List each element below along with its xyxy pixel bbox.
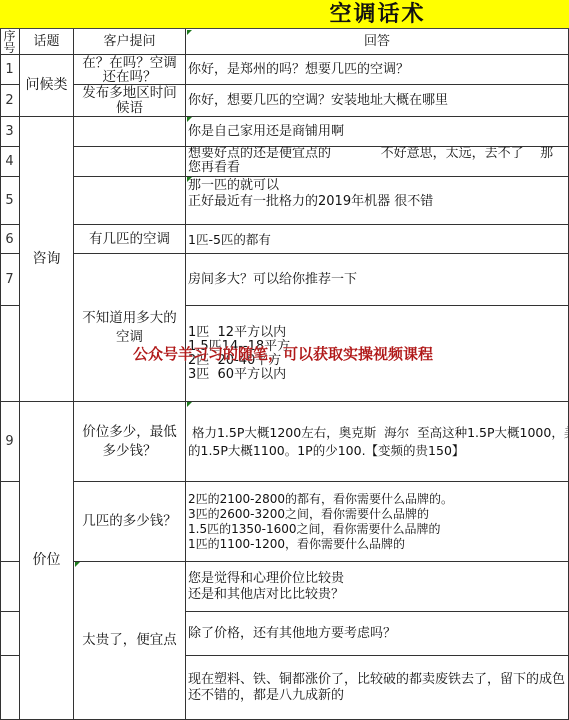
row-index[interactable]: 4 <box>0 147 20 177</box>
topic-consult[interactable]: 咨询 <box>20 117 74 402</box>
question-cell[interactable] <box>74 177 186 225</box>
question-cell[interactable]: 太贵了，便宜点 <box>74 562 186 720</box>
question-cell[interactable]: 价位多少，最低 多少钱？ <box>74 402 186 482</box>
row-index[interactable]: 6 <box>0 225 20 254</box>
question-cell[interactable]: 几匹的多少钱？ <box>74 482 186 562</box>
question-cell[interactable] <box>74 147 186 177</box>
topic-price[interactable]: 价位 <box>20 402 74 720</box>
answer-cell[interactable]: 你好，是郑州的吗？想要几匹的空调？ <box>186 55 569 85</box>
row-index[interactable] <box>0 612 20 656</box>
comment-marker-icon <box>187 117 192 122</box>
comment-marker-icon <box>75 562 80 567</box>
answer-cell[interactable]: 1匹-5匹的都有 <box>186 225 569 254</box>
row-index[interactable]: 7 <box>0 254 20 306</box>
answer-cell[interactable]: 房间多大？可以给你推荐一下 <box>186 254 569 306</box>
comment-marker-icon <box>187 402 192 407</box>
row-index[interactable]: 5 <box>0 177 20 225</box>
answer-cell[interactable]: 现在塑料、铁、铜都涨价了，比较破的都卖废铁去了，留下的成色 还不错的，都是八九成… <box>186 656 569 720</box>
question-cell[interactable]: 有几匹的空调 <box>74 225 186 254</box>
row-index[interactable] <box>0 482 20 562</box>
answer-cell[interactable]: 除了价格，还有其他地方要考虑吗？ <box>186 612 569 656</box>
watermark-text: 公众号羊习习的随笔，可以获取实操视频课程 <box>133 343 433 364</box>
answer-cell[interactable]: 2匹的2100-2800的都有，看你需要什么品牌的。 3匹的2600-3200之… <box>186 482 569 562</box>
sheet-title: 空调话术 <box>186 0 569 29</box>
answer-cell[interactable]: 您是觉得和心理价位比较贵 还是和其他店对比比较贵？ <box>186 562 569 612</box>
row-index[interactable]: 3 <box>0 117 20 147</box>
topic-greeting[interactable]: 问候类 <box>20 55 74 117</box>
answer-cell[interactable]: 你好，想要几匹的空调？安装地址大概在哪里 <box>186 85 569 117</box>
answer-cell[interactable]: 想要好点的还是便宜点的 不好意思，太远，去不了 那 您再看看 <box>186 147 569 177</box>
title-bar: 空调话术 <box>0 0 569 29</box>
question-cell[interactable]: 发布多地区时问 候语 <box>74 85 186 117</box>
header-question[interactable]: 客户提问 <box>74 29 186 55</box>
comment-marker-icon <box>187 30 192 35</box>
row-index[interactable]: 2 <box>0 85 20 117</box>
header-topic[interactable]: 话题 <box>20 29 74 55</box>
row-index[interactable] <box>0 656 20 720</box>
row-index[interactable]: 9 <box>0 402 20 482</box>
answer-cell[interactable]: 那一匹的就可以 正好最近有一批格力的2019年机器 很不错 <box>186 177 569 225</box>
question-cell[interactable]: 不知道用多大的 空调 <box>74 254 186 402</box>
row-index[interactable] <box>0 306 20 402</box>
header-index[interactable]: 序号 <box>0 29 20 55</box>
question-cell[interactable]: 在？在吗？空调 还在吗？ <box>74 55 186 85</box>
answer-cell[interactable]: 格力1.5P大概1200左右，奥克斯 海尔 至高这种1.5P大概1000，美 的… <box>186 402 569 482</box>
row-index[interactable]: 1 <box>0 55 20 85</box>
comment-marker-icon <box>187 177 192 182</box>
question-cell[interactable] <box>74 117 186 147</box>
row-index[interactable] <box>0 562 20 612</box>
answer-cell[interactable]: 你是自己家用还是商铺用啊 <box>186 117 569 147</box>
header-answer[interactable]: 回答 <box>186 29 569 55</box>
